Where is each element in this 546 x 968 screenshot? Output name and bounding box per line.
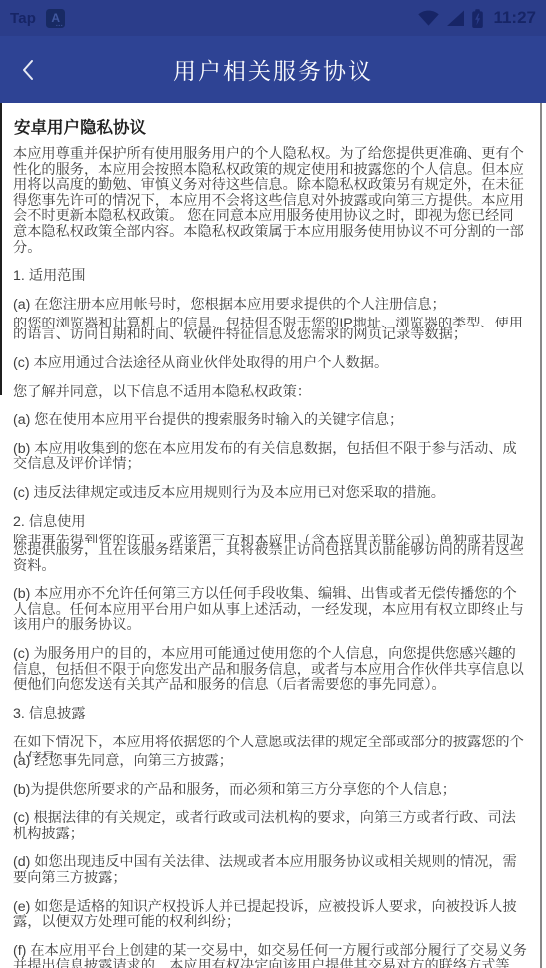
doc-paragraph: (b) 本应用亦不允许任何第三方以任何手段收集、编辑、出售或者无偿传播您的个人信…: [13, 587, 527, 634]
doc-paragraph: (f) 在本应用平台上创建的某一交易中，如交易任何一方履行或部分履行了交易义务并…: [13, 944, 527, 968]
doc-paragraph: (a) 您在使用本应用平台提供的搜索服务时输入的关键字信息；: [13, 413, 527, 429]
section-heading: 2. 信息使用: [13, 515, 527, 531]
doc-paragraph: (d) 如您出现违反中国有关法律、法规或者本应用服务协议或相关规则的情况，需要向…: [13, 855, 527, 886]
back-button[interactable]: [14, 55, 44, 85]
status-bar-left: Tap A ...: [10, 9, 417, 28]
cellular-signal-icon: [446, 10, 465, 27]
doc-paragraph: (c) 本应用通过合法途径从商业伙伴处取得的用户个人数据。: [13, 356, 527, 372]
doc-paragraph: 您了解并同意，以下信息不适用本隐私权政策：: [13, 385, 527, 401]
status-bar: Tap A ... 11:27: [0, 0, 546, 36]
doc-paragraph: (b)为提供您所要求的产品和服务，而必须和第三方分享您的个人信息；: [13, 783, 527, 799]
doc-paragraph: (a) 在您注册本应用帐号时，您根据本应用要求提供的个人注册信息；: [13, 298, 527, 314]
notification-app-icon: A ...: [46, 9, 65, 28]
doc-paragraph: 您提供服务，且在该服务结束后，其将被禁止访问包括其以前能够访问的所有这些资料。: [13, 543, 527, 574]
page-title: 用户相关服务协议: [173, 53, 373, 86]
battery-charging-icon: [471, 8, 484, 29]
section-heading: 1. 适用范围: [13, 269, 527, 285]
doc-paragraph: (c) 为服务用户的目的，本应用可能通过使用您的个人信息，向您提供您感兴趣的信息…: [13, 647, 527, 694]
doc-heading: 安卓用户隐私协议: [14, 118, 527, 138]
wifi-icon: [417, 10, 440, 27]
left-edge-artifact: [0, 103, 2, 395]
doc-paragraph: (b) 本应用收集到的您在本应用发布的有关信息数据，包括但不限于参与活动、成交信…: [13, 442, 527, 473]
doc-paragraph-clipped: 的您的浏览器和计算机上的信息，包括但不限于您的IP地址、浏览器的类型、使用: [13, 317, 527, 327]
doc-paragraph: (c) 违反法律规定或违反本应用规则行为及本应用已对您采取的措施。: [13, 486, 527, 502]
doc-paragraph: (e) 如您是适格的知识产权投诉人并已提起投诉，应被投诉人要求，向被投诉人披露，…: [13, 900, 527, 931]
doc-paragraph: 本应用尊重并保护所有使用服务用户的个人隐私权。为了给您提供更准确、更有个性化的服…: [13, 147, 527, 256]
notification-dots: ...: [56, 21, 63, 28]
content-right-border: [540, 103, 542, 968]
app-bar: 用户相关服务协议: [0, 36, 546, 103]
doc-paragraph: 在如下情况下，本应用将依据您的个人意愿或法律的规定全部或部分的披露您的个: [13, 735, 527, 751]
carrier-label: Tap: [10, 10, 36, 27]
back-chevron-icon: [18, 57, 40, 83]
agreement-scroll-area[interactable]: 安卓用户隐私协议 本应用尊重并保护所有使用服务用户的个人隐私权。为了给您提供更准…: [0, 103, 546, 968]
section-heading: 3. 信息披露: [13, 707, 527, 723]
clock-time: 11:27: [493, 8, 536, 28]
doc-paragraph: (c) 根据法律的有关规定，或者行政或司法机构的要求，向第三方或者行政、司法机构…: [13, 811, 527, 842]
doc-paragraph: (a) 经您事先同意，向第三方披露；: [13, 754, 527, 770]
doc-paragraph: 的语言、访问日期和时间、软硬件特征信息及您需求的网页记录等数据；: [13, 327, 527, 343]
status-bar-right: 11:27: [417, 8, 536, 29]
